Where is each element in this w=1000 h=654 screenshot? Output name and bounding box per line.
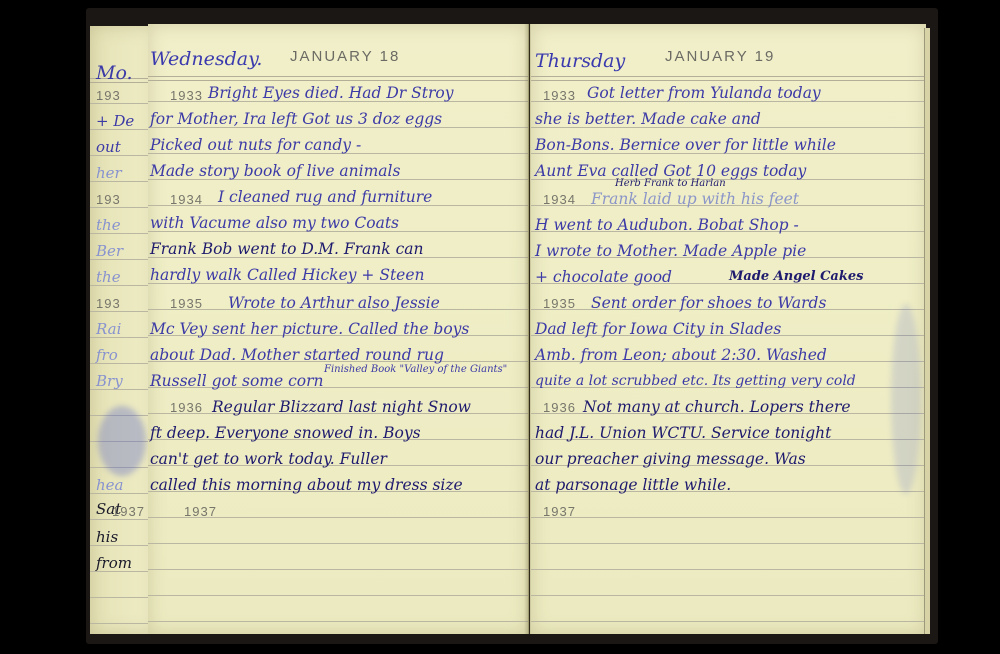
diary-book: Mo. 193 + De out her 193 the Ber the 193… — [86, 8, 938, 644]
leaf-word: his — [96, 528, 118, 546]
day-name: Thursday — [535, 48, 625, 74]
right-page-january-19: JANUARY 19 Thursday 1933 Got letter from… — [530, 24, 926, 634]
ink-smudge — [98, 406, 146, 476]
entry-line: Bright Eyes died. Had Dr Stroy — [208, 80, 454, 106]
leaf-word: + De — [96, 112, 134, 130]
date-header: JANUARY 18 — [290, 48, 400, 65]
leaf-word: Sat — [96, 500, 121, 518]
ink-smudge — [891, 304, 921, 494]
leaf-word: from — [96, 554, 132, 572]
entry-line: Regular Blizzard last night Snow — [212, 394, 471, 420]
leaf-word: Ber — [96, 242, 123, 260]
entry-line: hardly walk Called Hickey + Steen — [150, 262, 425, 288]
entry-line: quite a lot scrubbed etc. Its getting ve… — [535, 368, 856, 394]
entry-line: I cleaned rug and furniture — [218, 184, 432, 210]
day-name: Wednesday. — [150, 46, 262, 72]
leaf-word: Bry — [96, 372, 123, 390]
entry-line: Amb. from Leon; about 2:30. Washed — [535, 342, 827, 368]
entry-line: she is better. Made cake and — [535, 106, 761, 132]
year-label-1934: 1934 — [170, 192, 203, 207]
year-label-1935: 1935 — [543, 296, 576, 311]
margin-note: Finished Book "Valley of the Giants" — [324, 364, 507, 376]
entry-line: Frank laid up with his feet — [591, 186, 799, 212]
left-page-january-18: JANUARY 18 Wednesday. 1933 Bright Eyes d… — [148, 24, 529, 634]
entry-line: Picked out nuts for candy - — [150, 132, 361, 158]
leaf-word: fro — [96, 346, 118, 364]
year-label-1935: 1935 — [170, 296, 203, 311]
entry-line: Not many at church. Lopers there — [583, 394, 851, 420]
entry-addition: Made Angel Cakes — [729, 264, 863, 290]
entry-line: with Vacume also my two Coats — [150, 210, 399, 236]
entry-line: Mc Vey sent her picture. Called the boys — [150, 316, 469, 342]
leaf-word: Mo. — [96, 62, 133, 84]
leaf-word: hea — [96, 476, 123, 494]
year-label-1937: 1937 — [184, 504, 217, 519]
year-label-1934: 1934 — [543, 192, 576, 207]
entry-line: ft deep. Everyone snowed in. Boys — [150, 420, 421, 446]
leaf-year: 193 — [96, 88, 121, 103]
leaf-word: Rai — [96, 320, 121, 338]
entry-line: Bon-Bons. Bernice over for little while — [535, 132, 836, 158]
leaf-word: her — [96, 164, 122, 182]
entry-line: H went to Audubon. Bobat Shop - — [535, 212, 799, 238]
entry-line: called this morning about my dress size — [150, 472, 463, 498]
year-label-1937: 1937 — [543, 504, 576, 519]
entry-line: can't get to work today. Fuller — [150, 446, 387, 472]
entry-line: I wrote to Mother. Made Apple pie — [535, 238, 806, 264]
entry-line: + chocolate good — [535, 264, 672, 290]
entry-line: for Mother, Ira left Got us 3 doz eggs — [150, 106, 442, 132]
year-label-1936: 1936 — [543, 400, 576, 415]
year-label-1933: 1933 — [170, 88, 203, 103]
previous-page-edge: Mo. 193 + De out her 193 the Ber the 193… — [90, 26, 156, 634]
leaf-word: out — [96, 138, 121, 156]
date-header: JANUARY 19 — [665, 48, 775, 65]
entry-line: at parsonage little while. — [535, 472, 731, 498]
leaf-word: the — [96, 216, 121, 234]
entry-line: our preacher giving message. Was — [535, 446, 806, 472]
entry-line: Got letter from Yulanda today — [587, 80, 821, 106]
entry-line: Russell got some corn — [150, 368, 323, 394]
year-label-1933: 1933 — [543, 88, 576, 103]
entry-line: Sent order for shoes to Wards — [591, 290, 826, 316]
entry-line: Frank Bob went to D.M. Frank can — [150, 236, 423, 262]
entry-line: Dad left for Iowa City in Slades — [535, 316, 781, 342]
leaf-year: 193 — [96, 192, 121, 207]
page-stack-edge — [924, 28, 930, 634]
entry-line: had J.L. Union WCTU. Service tonight — [535, 420, 831, 446]
leaf-word: the — [96, 268, 121, 286]
leaf-year: 193 — [96, 296, 121, 311]
year-label-1936: 1936 — [170, 400, 203, 415]
entry-line: Wrote to Arthur also Jessie — [228, 290, 440, 316]
entry-line: Made story book of live animals — [150, 158, 400, 184]
